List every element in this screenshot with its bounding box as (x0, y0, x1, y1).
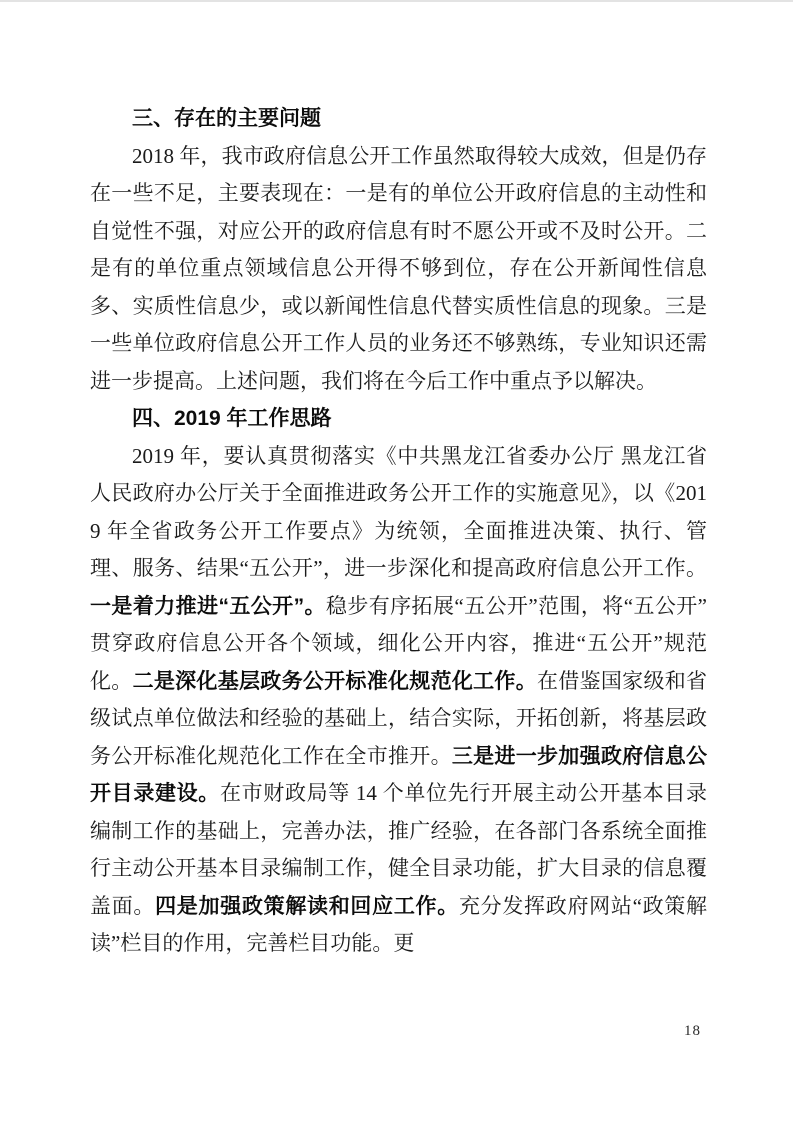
section-heading: 三、存在的主要问题 (90, 100, 707, 138)
page-number: 18 (684, 1022, 720, 1040)
bold-text-run: 一是着力推进“五公开”。 (90, 595, 326, 618)
bold-text-run: 二是深化基层政务公开标准化规范化工作。 (133, 670, 537, 693)
section-heading: 四、2019 年工作思路 (90, 400, 707, 438)
document-body: 三、存在的主要问题2018 年，我市政府信息公开工作虽然取得较大成效，但是仍存在… (90, 100, 707, 963)
bold-text-run: 三、存在的主要问题 (132, 107, 321, 130)
paragraph: 2018 年，我市政府信息公开工作虽然取得较大成效，但是仍存在一些不足，主要表现… (90, 138, 707, 401)
text-run: 2019 年，要认真贯彻落实《中共黑龙江省委办公厅 黑龙江省人民政府办公厅关于全… (90, 444, 707, 581)
paragraph: 2019 年，要认真贯彻落实《中共黑龙江省委办公厅 黑龙江省人民政府办公厅关于全… (90, 438, 707, 963)
text-run: 2018 年，我市政府信息公开工作虽然取得较大成效，但是仍存在一些不足，主要表现… (90, 144, 707, 393)
document-page: 三、存在的主要问题2018 年，我市政府信息公开工作虽然取得较大成效，但是仍存在… (0, 0, 793, 1122)
bold-text-run: 四、2019 年工作思路 (132, 407, 332, 430)
bold-text-run: 四是加强政策解读和回应工作。 (155, 895, 459, 918)
